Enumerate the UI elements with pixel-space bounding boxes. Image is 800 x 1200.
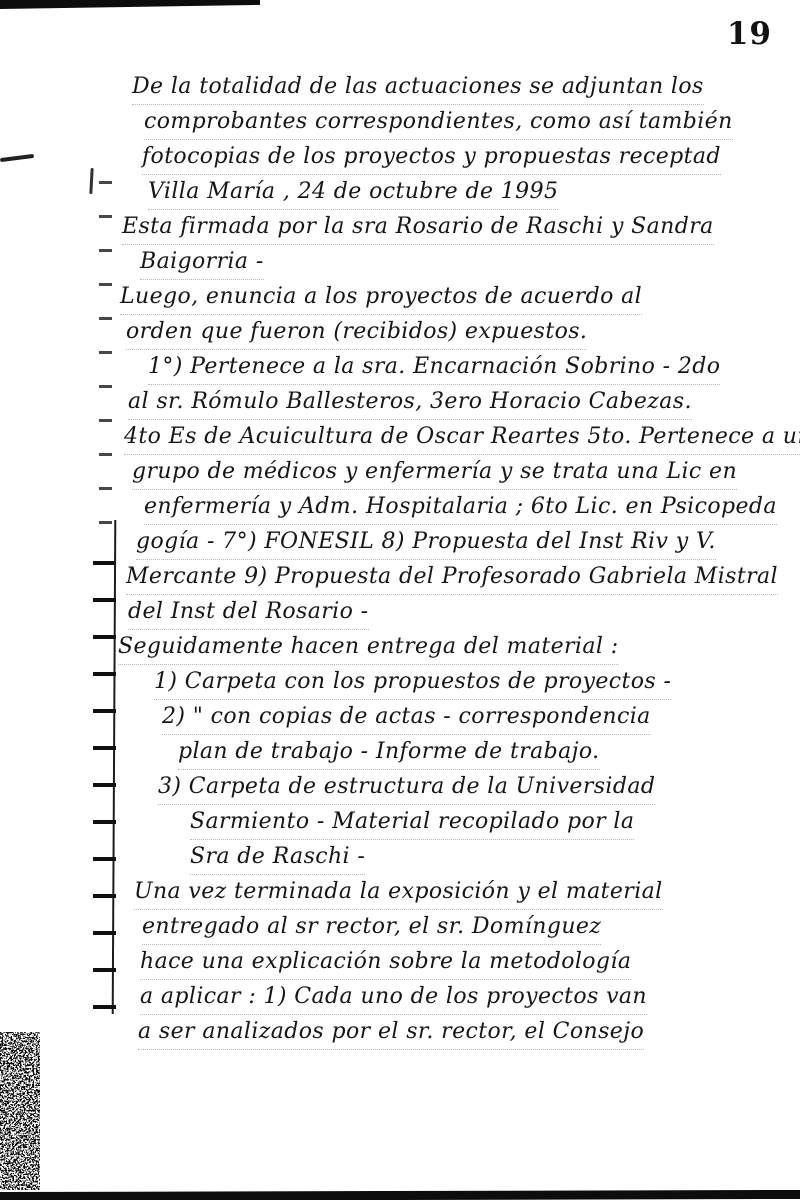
handwritten-line: 4to Es de Acuicultura de Oscar Reartes 5…: [124, 420, 800, 455]
handwritten-line: al sr. Rómulo Ballesteros, 3ero Horacio …: [128, 385, 692, 420]
scan-artifact-noise-block: [0, 1032, 40, 1190]
scan-artifact-bottom-bar: [0, 1190, 800, 1200]
handwritten-line: Luego, enuncia a los proyectos de acuerd…: [120, 280, 642, 315]
handwritten-line: 1) Carpeta con los propuestos de proyect…: [154, 665, 671, 700]
handwritten-line: 1°) Pertenece a la sra. Encarnación Sobr…: [148, 350, 720, 385]
page-number: 19: [727, 16, 772, 52]
handwritten-line: Una vez terminada la exposición y el mat…: [134, 875, 663, 910]
handwritten-line: hace una explicación sobre la metodologí…: [140, 945, 631, 980]
handwritten-line: entregado al sr rector, el sr. Domínguez: [142, 910, 601, 945]
handwritten-line: Sra de Raschi -: [190, 840, 365, 875]
handwritten-line: Baigorria -: [140, 245, 264, 280]
scanned-handwritten-page: 19 De la totalidad de las actuaciones se…: [0, 0, 800, 1200]
handwritten-line: Esta firmada por la sra Rosario de Rasch…: [122, 210, 714, 245]
handwritten-line: Villa María , 24 de octubre de 1995: [148, 175, 558, 210]
handwritten-line: gogía - 7°) FONESIL 8) Propuesta del Ins…: [136, 525, 716, 560]
handwritten-line: 3) Carpeta de estructura de la Universid…: [158, 770, 655, 805]
handwritten-line: comprobantes correspondientes, como así …: [144, 105, 733, 140]
handwritten-text-block: De la totalidad de las actuaciones se ad…: [118, 70, 793, 1050]
handwritten-line: a aplicar : 1) Cada uno de los proyectos…: [140, 980, 647, 1015]
handwritten-line: enfermería y Adm. Hospitalaria ; 6to Lic…: [144, 490, 777, 525]
handwritten-line: a ser analizados por el sr. rector, el C…: [138, 1015, 644, 1050]
handwritten-line: orden que fueron (recibidos) expuestos.: [126, 315, 587, 350]
handwritten-line: grupo de médicos y enfermería y se trata…: [132, 455, 737, 490]
handwritten-line: Mercante 9) Propuesta del Profesorado Ga…: [126, 560, 778, 595]
margin-ruling-ticks: [93, 528, 116, 1010]
scan-artifact-stray-dash: [0, 154, 34, 162]
scan-artifact-stray-tick: [89, 168, 93, 194]
handwritten-line: fotocopias de los proyectos y propuestas…: [142, 140, 721, 175]
handwritten-line: Seguidamente hacen entrega del material …: [118, 630, 619, 665]
margin-ruling-dashes: [99, 150, 112, 532]
handwritten-line: De la totalidad de las actuaciones se ad…: [132, 70, 704, 105]
scan-artifact-top-bar: [0, 0, 260, 9]
handwritten-line: del Inst del Rosario -: [128, 595, 369, 630]
handwritten-line: Sarmiento - Material recopilado por la: [190, 805, 634, 840]
handwritten-line: plan de trabajo - Informe de trabajo.: [178, 735, 600, 770]
handwritten-line: 2) " con copias de actas - correspondenc…: [162, 700, 651, 735]
